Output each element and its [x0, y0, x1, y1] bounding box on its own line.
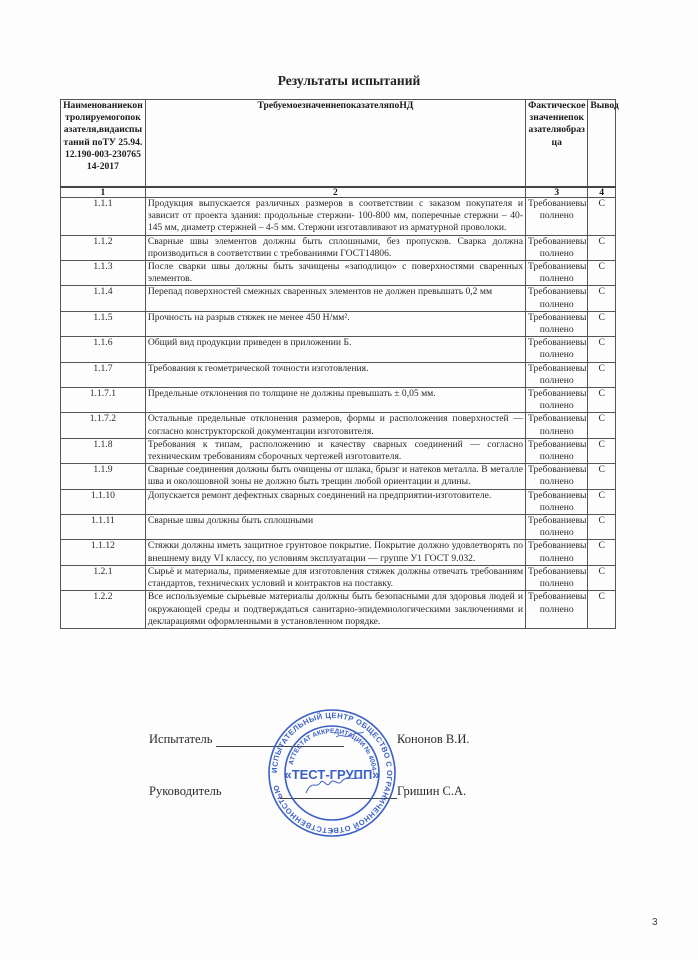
- actual-value: Требованиевыполнено: [526, 591, 588, 629]
- table-row: 1.1.9Сварные соединения должны быть очищ…: [61, 464, 616, 489]
- actual-value: Требованиевыполнено: [526, 261, 588, 286]
- actual-value: Требованиевыполнено: [526, 515, 588, 540]
- svg-text:«ТЕСТ-ГРУПП»: «ТЕСТ-ГРУПП»: [284, 767, 379, 782]
- conclusion: С: [588, 286, 616, 311]
- actual-value: Требованиевыполнено: [526, 362, 588, 387]
- indicator-id: 1.1.9: [61, 464, 146, 489]
- indicator-id: 1.1.3: [61, 261, 146, 286]
- indicator-id: 1.1.6: [61, 337, 146, 362]
- indicator-id: 1.1.12: [61, 540, 146, 565]
- table-row: 1.1.1Продукция выпускается различных раз…: [61, 198, 616, 236]
- actual-value: Требованиевыполнено: [526, 198, 588, 236]
- indicator-id: 1.1.1: [61, 198, 146, 236]
- conclusion: С: [588, 362, 616, 387]
- indicator-id: 1.1.5: [61, 311, 146, 336]
- requirement-text: Стяжки должны иметь защитное грунтовое п…: [145, 540, 525, 565]
- table-row: 1.1.5Прочность на разрыв стяжек не менее…: [61, 311, 616, 336]
- indicator-id: 1.1.8: [61, 438, 146, 463]
- table-row: 1.1.8Требования к типам, расположению и …: [61, 438, 616, 463]
- organization-stamp: ИСПЫТАТЕЛЬНЫЙ ЦЕНТР ОБЩЕСТВО С ОГРАНИЧЕН…: [266, 707, 398, 839]
- requirement-text: Перепад поверхностей смежных сваренных э…: [145, 286, 525, 311]
- conclusion: С: [588, 261, 616, 286]
- tester-name: Кононов В.И.: [397, 732, 470, 747]
- header-row: Наименованиеконтролируемогопоказателя,ви…: [61, 100, 616, 188]
- table-row: 1.2.2Все используемые сырьевые материалы…: [61, 591, 616, 629]
- table-row: 1.1.12Стяжки должны иметь защитное грунт…: [61, 540, 616, 565]
- requirement-text: Предельные отклонения по толщине не долж…: [145, 388, 525, 413]
- indicator-id: 1.1.4: [61, 286, 146, 311]
- head-name: Гришин С.А.: [397, 784, 466, 799]
- actual-value: Требованиевыполнено: [526, 540, 588, 565]
- page-number: 3: [652, 917, 658, 928]
- table-row: 1.1.10Допускается ремонт дефектных сварн…: [61, 489, 616, 514]
- conclusion: С: [588, 464, 616, 489]
- indicator-id: 1.1.11: [61, 515, 146, 540]
- table-row: 1.1.11Сварные швы должны быть сплошнымиТ…: [61, 515, 616, 540]
- conclusion: С: [588, 438, 616, 463]
- head-label: Руководитель: [149, 784, 222, 799]
- requirement-text: Общий вид продукции приведен в приложени…: [145, 337, 525, 362]
- table-row: 1.2.1Сырьё и материалы, применяемые для …: [61, 565, 616, 590]
- conclusion: С: [588, 337, 616, 362]
- requirement-text: Сварные соединения должны быть очищены о…: [145, 464, 525, 489]
- requirement-text: Требования к типам, расположению и качес…: [145, 438, 525, 463]
- actual-value: Требованиевыполнено: [526, 438, 588, 463]
- tester-label: Испытатель: [149, 732, 212, 747]
- requirement-text: Допускается ремонт дефектных сварных сое…: [145, 489, 525, 514]
- requirement-text: После сварки швы должны быть зачищены «з…: [145, 261, 525, 286]
- actual-value: Требованиевыполнено: [526, 235, 588, 260]
- table-row: 1.1.4Перепад поверхностей смежных сварен…: [61, 286, 616, 311]
- requirement-text: Все используемые сырьевые материалы долж…: [145, 591, 525, 629]
- header-actual-value: Фактическое значениепоказателяобразца: [526, 100, 588, 188]
- indicator-id: 1.1.7.1: [61, 388, 146, 413]
- conclusion: С: [588, 388, 616, 413]
- conclusion: С: [588, 311, 616, 336]
- table-row: 1.1.3После сварки швы должны быть зачище…: [61, 261, 616, 286]
- table-row: 1.1.7.2Остальные предельные отклонения р…: [61, 413, 616, 438]
- column-number-row: 1 2 3 4: [61, 187, 616, 198]
- table-row: 1.1.7Требования к геометрической точност…: [61, 362, 616, 387]
- column-number: 3: [526, 187, 588, 198]
- requirement-text: Сырьё и материалы, применяемые для изгот…: [145, 565, 525, 590]
- requirement-text: Продукция выпускается различных размеров…: [145, 198, 525, 236]
- column-number: 1: [61, 187, 146, 198]
- requirement-text: Остальные предельные отклонения размеров…: [145, 413, 525, 438]
- header-indicator: Наименованиеконтролируемогопоказателя,ви…: [61, 100, 146, 188]
- conclusion: С: [588, 235, 616, 260]
- requirement-text: Требования к геометрической точности изг…: [145, 362, 525, 387]
- actual-value: Требованиевыполнено: [526, 464, 588, 489]
- actual-value: Требованиевыполнено: [526, 311, 588, 336]
- conclusion: С: [588, 489, 616, 514]
- header-conclusion: Вывод: [588, 100, 616, 188]
- results-table: Наименованиеконтролируемогопоказателя,ви…: [60, 99, 616, 629]
- requirement-text: Сварные швы должны быть сплошными: [145, 515, 525, 540]
- table-row: 1.1.6Общий вид продукции приведен в прил…: [61, 337, 616, 362]
- actual-value: Требованиевыполнено: [526, 388, 588, 413]
- indicator-id: 1.1.7.2: [61, 413, 146, 438]
- requirement-text: Сварные швы элементов должны быть сплошн…: [145, 235, 525, 260]
- indicator-id: 1.2.2: [61, 591, 146, 629]
- indicator-id: 1.1.10: [61, 489, 146, 514]
- conclusion: С: [588, 198, 616, 236]
- conclusion: С: [588, 540, 616, 565]
- actual-value: Требованиевыполнено: [526, 489, 588, 514]
- conclusion: С: [588, 413, 616, 438]
- actual-value: Требованиевыполнено: [526, 286, 588, 311]
- indicator-id: 1.2.1: [61, 565, 146, 590]
- actual-value: Требованиевыполнено: [526, 337, 588, 362]
- header-required-value: ТребуемоезначениепоказателяпоНД: [145, 100, 525, 188]
- requirement-text: Прочность на разрыв стяжек не менее 450 …: [145, 311, 525, 336]
- actual-value: Требованиевыполнено: [526, 565, 588, 590]
- table-row: 1.1.2Сварные швы элементов должны быть с…: [61, 235, 616, 260]
- actual-value: Требованиевыполнено: [526, 413, 588, 438]
- conclusion: С: [588, 515, 616, 540]
- conclusion: С: [588, 591, 616, 629]
- column-number: 2: [145, 187, 525, 198]
- indicator-id: 1.1.7: [61, 362, 146, 387]
- column-number: 4: [588, 187, 616, 198]
- conclusion: С: [588, 565, 616, 590]
- table-row: 1.1.7.1Предельные отклонения по толщине …: [61, 388, 616, 413]
- page-title: Результаты испытаний: [0, 73, 698, 89]
- indicator-id: 1.1.2: [61, 235, 146, 260]
